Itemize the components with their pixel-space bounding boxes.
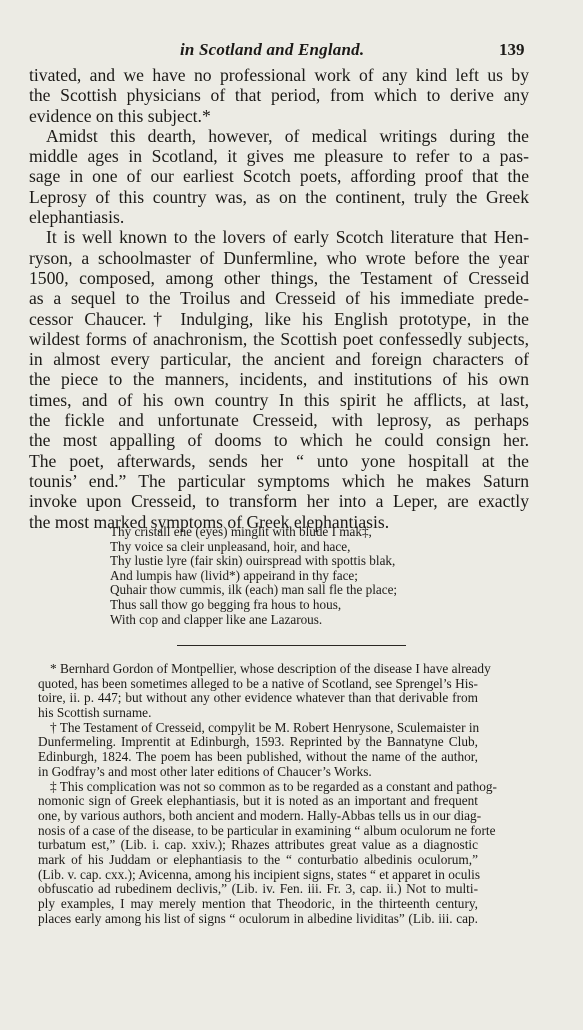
poem-quotation: Thy cristall ene (eyes) minglit with blu… bbox=[110, 525, 450, 627]
footnote-line: ‡ This complication was not so common as… bbox=[38, 780, 478, 795]
text-line: tivated, and we have no professional wor… bbox=[29, 65, 529, 85]
main-text: tivated, and we have no professional wor… bbox=[29, 65, 529, 532]
text-line: ryson, a schoolmaster of Dunfermline, wh… bbox=[29, 248, 529, 268]
footnote-line: toire, ii. p. 447; but without any other… bbox=[38, 691, 478, 706]
running-title: in Scotland and England. bbox=[180, 40, 364, 60]
page-number: 139 bbox=[499, 40, 525, 60]
footnote-line: (Lib. v. cap. cxx.); Avicenna, among his… bbox=[38, 868, 478, 883]
footnote-line: quoted, has been sometimes alleged to be… bbox=[38, 677, 478, 692]
poem-verse: Thy cristall ene (eyes) minglit with blu… bbox=[110, 525, 450, 540]
footnote-divider bbox=[177, 645, 406, 646]
footnote-line: places early among his list of signs “ o… bbox=[38, 912, 478, 927]
footnote-line: Edinburgh, 1824. The poem has been publi… bbox=[38, 750, 478, 765]
footnote-line: turbatum est,” (Lib. i. cap. xxiv.); Rha… bbox=[38, 838, 478, 853]
text-line: invoke upon Cresseid, to transform her i… bbox=[29, 491, 529, 511]
text-line: 1500, composed, among other things, the … bbox=[29, 268, 529, 288]
text-line: middle ages in Scotland, it gives me ple… bbox=[29, 146, 529, 166]
text-line: Amidst this dearth, however, of medical … bbox=[29, 126, 529, 146]
poem-verse: And lumpis haw (livid*) appeirand in thy… bbox=[110, 569, 450, 584]
poem-verse: With cop and clapper like ane Lazarous. bbox=[110, 613, 450, 628]
footnote-line: nomonic sign of Greek elephantiasis, but… bbox=[38, 794, 478, 809]
text-line: wildest forms of anachronism, the Scotti… bbox=[29, 329, 529, 349]
footnote-line: his Scottish surname. bbox=[38, 706, 478, 721]
footnote-line: ply examples, I may merely mention that … bbox=[38, 897, 478, 912]
text-line: times, and of his own country In this sp… bbox=[29, 390, 529, 410]
footnote-line: † The Testament of Cresseid, compylit be… bbox=[38, 721, 478, 736]
text-line: as a sequel to the Troilus and Cresseid … bbox=[29, 288, 529, 308]
text-line: in almost every particular, the ancient … bbox=[29, 349, 529, 369]
text-line: cessor Chaucer.† Indulging, like his Eng… bbox=[29, 309, 529, 329]
text-line: the piece to the manners, incidents, and… bbox=[29, 369, 529, 389]
text-line: the Scottish physicians of that period, … bbox=[29, 85, 529, 105]
poem-verse: Quhair thow cummis, ilk (each) man sall … bbox=[110, 583, 450, 598]
footnote-line: Dunfermeling. Imprentit at Edinburgh, 15… bbox=[38, 735, 478, 750]
text-line: the fickle and unfortunate Cresseid, wit… bbox=[29, 410, 529, 430]
text-line: It is well known to the lovers of early … bbox=[29, 227, 529, 247]
footnote-line: nosis of a case of the disease, to be pa… bbox=[38, 824, 478, 839]
text-line: evidence on this subject.* bbox=[29, 106, 529, 126]
text-line: Leprosy of this country was, as on the c… bbox=[29, 187, 529, 207]
text-line: elephantiasis. bbox=[29, 207, 529, 227]
text-line: the most appalling of dooms to which he … bbox=[29, 430, 529, 450]
poem-verse: Thy voice sa cleir unpleasand, hoir, and… bbox=[110, 540, 450, 555]
text-line: sage in one of our earliest Scotch poets… bbox=[29, 166, 529, 186]
footnote-line: in Godfray’s and most other later editio… bbox=[38, 765, 478, 780]
text-line: The poet, afterwards, sends her “ unto y… bbox=[29, 451, 529, 471]
footnote-line: * Bernhard Gordon of Montpellier, whose … bbox=[38, 662, 478, 677]
footnotes: * Bernhard Gordon of Montpellier, whose … bbox=[38, 662, 478, 926]
text-line: tounis’ end.” The particular symptoms wh… bbox=[29, 471, 529, 491]
footnote-line: obfuscatio ad rubedinem declivis,” (Lib.… bbox=[38, 882, 478, 897]
footnote-line: mark of his Juddam or elephantiasis to t… bbox=[38, 853, 478, 868]
page-header: in Scotland and England. 139 bbox=[0, 40, 583, 64]
book-page: in Scotland and England. 139 tivated, an… bbox=[0, 0, 583, 1030]
footnote-line: one, by various authors, both ancient an… bbox=[38, 809, 478, 824]
poem-verse: Thus sall thow go begging fra hous to ho… bbox=[110, 598, 450, 613]
poem-verse: Thy lustie lyre (fair skin) ouirspread w… bbox=[110, 554, 450, 569]
